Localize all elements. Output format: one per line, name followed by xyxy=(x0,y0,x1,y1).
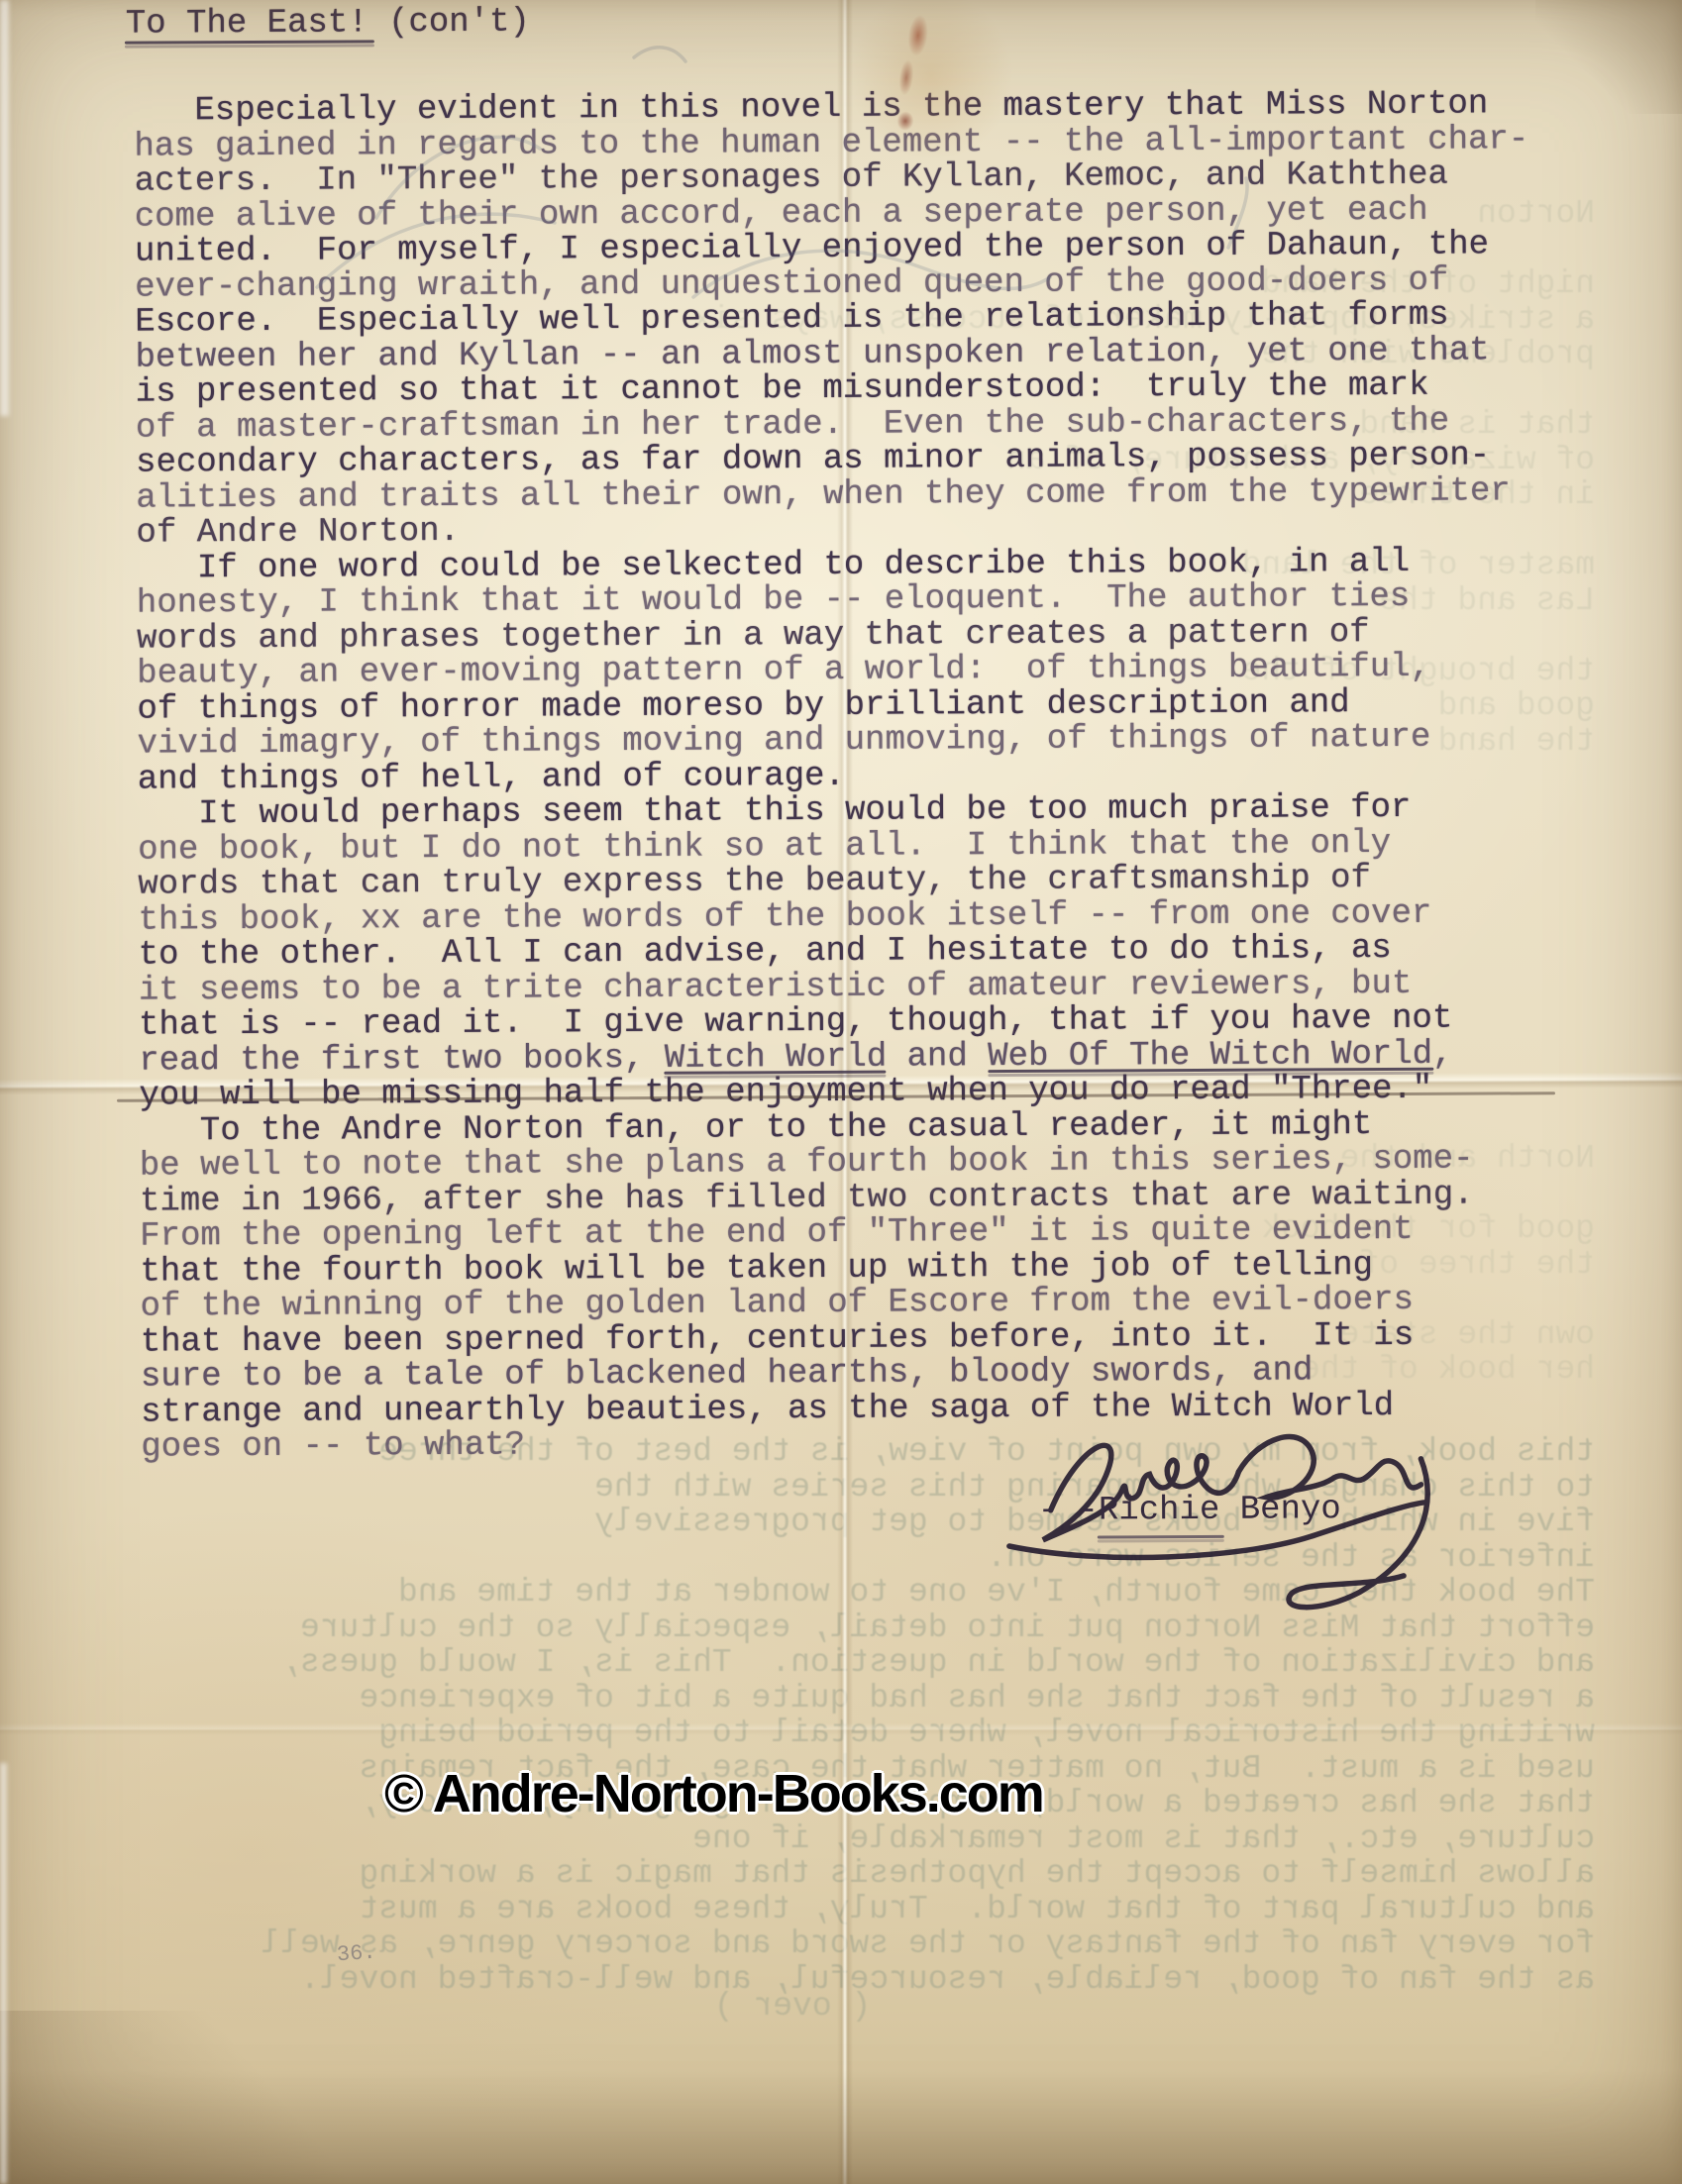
scanned-letter: { "doc": { "title": "To The East! (con't… xyxy=(0,0,1682,2184)
text-line: sure to be a tale of blackened hearths, … xyxy=(141,1353,1535,1396)
text-line: of the winning of the golden land of Esc… xyxy=(141,1283,1535,1325)
text-line: beauty, an ever-moving pattern of a worl… xyxy=(137,650,1531,692)
pencil-mark: 36. xyxy=(336,1940,376,1968)
text-line: come alive of their own accord, each a s… xyxy=(135,193,1529,236)
title-underline-decoration xyxy=(125,40,374,44)
paragraph-1: Especially evident in this novel is the … xyxy=(134,87,1530,552)
paragraph-3: It would perhaps seem that this would be… xyxy=(138,790,1533,1114)
text-line: of a master-craftsman in her trade. Even… xyxy=(136,404,1530,447)
paragraph-2: If one word could be selkected to descri… xyxy=(137,545,1532,798)
scan-edge-sliver-bottom-left xyxy=(0,1763,7,2184)
scan-edge-sliver-top-left xyxy=(0,0,9,416)
typed-signature: - -Richie Benyo xyxy=(1038,1491,1341,1530)
text-line: From the opening left at the end of "Thr… xyxy=(140,1212,1534,1255)
text-line: vivid imagry, of things moving and unmov… xyxy=(138,720,1532,763)
letter-body: Especially evident in this novel is the … xyxy=(134,87,1535,1466)
text-line: it seems to be a trite characteristic of… xyxy=(139,967,1533,1009)
text-line: ever-changing wraith, and unquestioned q… xyxy=(135,263,1529,306)
bottom-edge-shadow xyxy=(0,2070,1682,2184)
text-line: this book, xx are the words of the book … xyxy=(138,896,1532,939)
text-line: between her and Kyllan -- an almost unsp… xyxy=(135,334,1529,376)
copyright-watermark: © Andre-Norton-Books.com xyxy=(384,1763,1043,1824)
page-title: To The East! (con't) xyxy=(126,6,530,44)
corner-shadow-top-right xyxy=(1535,0,1682,114)
